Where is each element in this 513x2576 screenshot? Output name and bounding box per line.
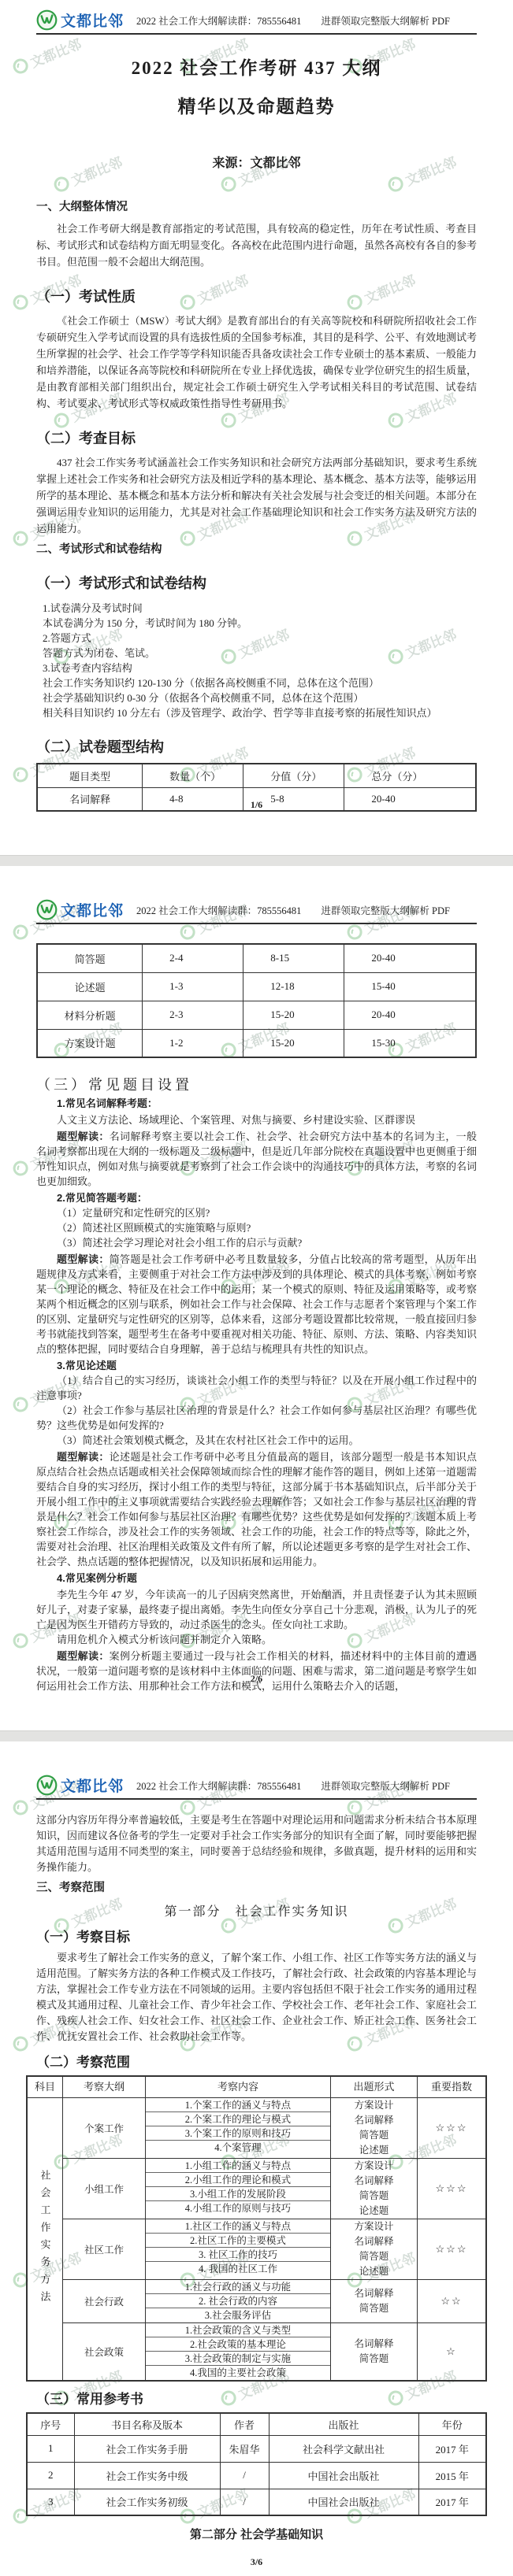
list-item: 答题方式为闭卷、笔试。	[36, 646, 477, 661]
heading-scope-target: （一）考察目标	[36, 1926, 477, 1945]
page-gap	[0, 855, 513, 866]
doc-title-line1: 2022 社会工作考研 437 大纲	[36, 54, 477, 80]
table-cell: 15-20	[243, 1029, 344, 1057]
table-cell: 2017 年	[418, 2489, 486, 2515]
exam-scope-table: 科目 考察大纲 考察内容 出题形式 重要指数 社会工作实务方法 个案工作 1.	[26, 2075, 487, 2382]
importance-rating: ☆☆☆	[418, 2219, 485, 2279]
table-row: 1 社会工作实务手册 朱眉华 社会科学文献出社 2017 年	[27, 2435, 486, 2462]
table-cell: 材料分析题	[37, 1001, 143, 1029]
column-header: 出题形式	[331, 2077, 418, 2097]
short-answer-item: （3）简述社会学习理论对社会小组工作的启示与贡献?	[36, 1235, 477, 1250]
table-cell: 20-40	[344, 1001, 476, 1029]
scope-item: 3.社会服务评估	[146, 2308, 330, 2322]
brand-name: 文都比邻	[61, 1775, 124, 1796]
list-item: 1.试卷满分及考试时间	[36, 601, 477, 616]
table-cell: 方案设计题	[37, 1029, 143, 1057]
importance-rating: ☆☆☆	[418, 2098, 485, 2158]
scope-group-casework: 个案工作 1.个案工作的涵义与特点 2.个案工作的理论与模式 3.个案工作的原则…	[63, 2098, 485, 2159]
case-analysis-analysis: 题型解读：案例分析题主要通过一段与社会工作相关的材料，描述材料中的主体目前的遭遇…	[36, 1649, 477, 1693]
page-3: 文都比邻文都比邻文都比邻文都比邻文都比邻文都比邻文都比邻文都比邻文都比邻文都比邻…	[0, 1741, 513, 2576]
table-header-cell: 分值（分）	[243, 764, 344, 787]
table-cell: 2-3	[143, 1001, 243, 1029]
scope-item: 2.社区工作的主要模式	[146, 2234, 330, 2248]
heading-overview: 一、大纲整体情况	[36, 198, 477, 214]
scope-item: 4.我国的主要社会政策	[146, 2366, 330, 2380]
table-cell: 2015 年	[418, 2462, 486, 2489]
brand-name: 文都比邻	[61, 9, 124, 31]
scope-group-community: 社区工作 1.社区工作的涵义与特点 2.社区工作的主要模式 3. 社区工作的技巧…	[63, 2219, 485, 2280]
list-item: 社会学基础知识约 0-30 分（依据各个高校侧重不同，总体在这个范围）	[36, 690, 477, 705]
scope-group-policy: 社会政策 1.社会政策的含义与类型 2.社会政策的基本理论 3.社会政策的制定与…	[63, 2323, 485, 2380]
paragraph-exam-goal: 437 社会工作实务考试涵盖社会工作实务知识和社会研究方法两部分基础知识，要求考…	[36, 454, 477, 537]
term-question-analysis: 题型解读：名词解释考察主要以社会工作、社会学、社会研究方法中基本的名词为主，一般…	[36, 1129, 477, 1189]
essay-item: （1）结合自己的实习经历，谈谈社会小组工作的类型与特征？以及在开展小组工作过程中…	[36, 1373, 477, 1403]
heading-exam-goal: （二）考查目标	[36, 427, 477, 448]
short-answer-item: （2）简述社区照顾模式的实施策略与原则?	[36, 1220, 477, 1235]
brand-logo: 文都比邻	[36, 899, 124, 920]
subheading-case-analysis: 4.常见案例分析题	[36, 1571, 477, 1586]
scope-item: 1.小组工作的涵义与特点	[146, 2159, 330, 2173]
table-cell: 3	[27, 2489, 74, 2515]
part1-title: 第一部分 社会工作实务知识	[36, 1901, 477, 1919]
list-item: 3.试卷考查内容结构	[36, 661, 477, 675]
table-cell: 8-15	[243, 944, 344, 972]
page-header: 文都比邻 2022 社会工作大纲解读群：785556481 进群领取完整版大纲解…	[36, 899, 477, 924]
list-item: 相关科目知识约 10 分左右（涉及管理学、政治学、哲学等非直接考察的拓展性知识点…	[36, 705, 477, 720]
subheading-short-answer: 2.常见简答题考题：	[36, 1190, 477, 1205]
page-number: 1/6	[0, 799, 513, 811]
table-header-cell: 书目名称及版本	[74, 2413, 220, 2435]
scope-item: 1.个案工作的涵义与特点	[146, 2098, 330, 2112]
scope-subject-cell: 社会工作实务方法	[28, 2098, 63, 2380]
scope-item: 3.个案工作的原则和技巧	[146, 2126, 330, 2141]
table-row: 2 社会工作实务中级 / 中国社会出版社 2015 年	[27, 2462, 486, 2489]
format-detail-list: 1.试卷满分及考试时间 本试卷满分为 150 分，考试时间为 180 分钟。 2…	[36, 601, 477, 720]
table-cell: 2017 年	[418, 2435, 486, 2462]
scope-item: 1.社会行政的涵义与功能	[146, 2280, 330, 2294]
table-cell: 社会工作实务初级	[74, 2489, 220, 2515]
table-cell: 1	[27, 2435, 74, 2462]
scope-forms: 名词解释 简答题	[331, 2323, 418, 2380]
scope-item: 2. 社会行政的内容	[146, 2294, 330, 2308]
table-header-cell: 序号	[27, 2413, 74, 2435]
heading-exam-scope: 三、考察范围	[36, 1878, 477, 1895]
table-row: 方案设计题 1-2 15-20 15-30	[37, 1029, 476, 1057]
table-cell: 简答题	[37, 944, 143, 972]
paragraph-case-summary: 这部分内容历年得分率普遍较低，主要是考生在答题中对理论运用和问题需求分析未结合书…	[36, 1812, 477, 1875]
header-info-text: 2022 社会工作大纲解读群：785556481 进群领取完整版大纲解析 PDF	[136, 13, 450, 31]
paragraph-scope-target: 要求考生了解社会工作实务的意义，了解个案工作、小组工作、社区工作等实务方法的涵义…	[36, 1950, 477, 2045]
table-row: 3 社会工作实务初级 / 中国社会出版社 2017 年	[27, 2489, 486, 2515]
table-cell: 20-40	[344, 944, 476, 972]
page-number: 2/6	[0, 1673, 513, 1685]
table-cell: /	[220, 2489, 269, 2515]
column-header: 重要指数	[418, 2077, 485, 2097]
column-header: 考察内容	[146, 2077, 331, 2097]
scope-item: 1.社区工作的涵义与特点	[146, 2219, 330, 2234]
short-answer-analysis: 题型解读：简答题是社会工作考研中必考且数量较多，分值占比较高的常考题型，从历年出…	[36, 1252, 477, 1356]
scope-forms: 方案设计 名词解释 简答题 论述题	[331, 2219, 418, 2279]
list-item: 2.答题方式	[36, 631, 477, 646]
brand-logo-icon	[36, 899, 58, 920]
brand-logo-icon	[36, 1775, 58, 1796]
scope-forms: 方案设计 名词解释 简答题 论述题	[331, 2159, 418, 2219]
analysis-label: 题型解读：	[57, 1650, 110, 1662]
brand-logo: 文都比邻	[36, 1775, 124, 1796]
brand-name: 文都比邻	[61, 899, 124, 920]
doc-source: 来源：文都比邻	[36, 153, 477, 171]
table-header-cell: 作者	[220, 2413, 269, 2435]
table-cell: 朱眉华	[220, 2435, 269, 2462]
case-analysis-question: 请用危机介入模式分析该问题并制定介入策略。	[36, 1632, 477, 1647]
subheading-term-questions: 1.常见名词解释考题：	[36, 1096, 477, 1111]
paragraph-overview: 社会工作考研大纲是教育部指定的考试范围，具有较高的稳定性，历年在考试性质、考查目…	[36, 220, 477, 270]
table-cell: 15-40	[344, 972, 476, 1001]
table-cell: 15-20	[243, 1001, 344, 1029]
paragraph-exam-nature: 《社会工作硕士（MSW）考试大纲》是教育部出台的有关高等院校和科研院所招收社会工…	[36, 313, 477, 412]
page-header: 文都比邻 2022 社会工作大纲解读群：785556481 进群领取完整版大纲解…	[36, 9, 477, 35]
table-cell: 社会工作实务手册	[74, 2435, 220, 2462]
page-1: 文都比邻文都比邻文都比邻文都比邻文都比邻文都比邻文都比邻文都比邻文都比邻文都比邻…	[0, 0, 513, 855]
scope-item: 2.小组工作的理论和模式	[146, 2173, 330, 2187]
importance-rating: ☆☆	[418, 2280, 485, 2322]
scope-item: 3.社会政策的制定与实施	[146, 2352, 330, 2366]
table-row: 材料分析题 2-3 15-20 20-40	[37, 1001, 476, 1029]
table-cell: 1-2	[143, 1029, 243, 1057]
heading-exam-nature: （一）考试性质	[36, 286, 477, 306]
analysis-label: 题型解读：	[57, 1131, 110, 1142]
header-info-text: 2022 社会工作大纲解读群：785556481 进群领取完整版大纲解析 PDF	[136, 1778, 450, 1796]
table-header-row: 序号 书目名称及版本 作者 出版社 年份	[27, 2413, 486, 2435]
column-header: 考察大纲	[63, 2077, 146, 2097]
heading-reference-books: （三）常用参考书	[36, 2388, 477, 2408]
part2-title: 第二部分 社会学基础知识	[36, 2526, 477, 2542]
essay-item: （2）社会工作参与基层社区治理的背景是什么？社会工作如何参与基层社区治理？有哪些…	[36, 1403, 477, 1433]
table-cell: 论述题	[37, 972, 143, 1001]
analysis-label: 题型解读：	[57, 1253, 110, 1265]
scope-item: 2.社会政策的基本理论	[146, 2337, 330, 2352]
scope-item: 1.社会政策的含义与类型	[146, 2323, 330, 2337]
page-gap	[0, 1730, 513, 1741]
question-type-table-continued: 简答题 2-4 8-15 20-40 论述题 1-3 12-18 15-40 材…	[36, 943, 477, 1058]
table-row: 论述题 1-3 12-18 15-40	[37, 972, 476, 1001]
heading-exam-format: 二、考试形式和试卷结构	[36, 540, 477, 557]
doc-title-line2: 精华以及命题趋势	[36, 92, 477, 118]
table-cell: /	[220, 2462, 269, 2489]
table-cell: 2	[27, 2462, 74, 2489]
term-question-examples: 人文主义方法论、场域理论、个案管理、对焦与摘要、乡村建设实验、区群谬误	[36, 1112, 477, 1127]
page-header: 文都比邻 2022 社会工作大纲解读群：785556481 进群领取完整版大纲解…	[36, 1775, 477, 1800]
table-header-cell: 题目类型	[37, 764, 143, 787]
table-cell: 12-18	[243, 972, 344, 1001]
document: 文都比邻文都比邻文都比邻文都比邻文都比邻文都比邻文都比邻文都比邻文都比邻文都比邻…	[0, 0, 513, 2576]
table-cell: 中国社会出版社	[269, 2462, 418, 2489]
scope-item: 4.个案管理	[146, 2141, 330, 2155]
heading-common-questions: （三）常见题目设置	[36, 1074, 477, 1094]
heading-format-structure: （一）考试形式和试卷结构	[36, 572, 477, 593]
scope-forms: 方案设计 名词解释 简答题 论述题	[331, 2098, 418, 2158]
scope-table-header: 科目 考察大纲 考察内容 出题形式 重要指数	[28, 2077, 485, 2098]
table-header-cell: 总分（分）	[344, 764, 476, 787]
importance-rating: ☆	[418, 2323, 485, 2380]
table-header-cell: 数量（个）	[143, 764, 243, 787]
table-header-cell: 出版社	[269, 2413, 418, 2435]
table-row: 简答题 2-4 8-15 20-40	[37, 944, 476, 972]
essay-analysis: 题型解读：论述题是社会工作考研中必考且分值最高的题目，该部分题型一般是书本知识点…	[36, 1449, 477, 1569]
list-item: 社会工作实务知识约 120-130 分（依据各高校侧重不同，总体在这个范围）	[36, 675, 477, 690]
subheading-essay: 3.常见论述题	[36, 1358, 477, 1373]
brand-logo: 文都比邻	[36, 9, 124, 31]
table-header-row: 题目类型 数量（个） 分值（分） 总分（分）	[37, 764, 476, 787]
case-analysis-text: 李先生今年 47 岁，今年读高一的儿子因病突然离世，开始酗酒，并且责怪妻子认为其…	[36, 1587, 477, 1632]
table-header-cell: 年份	[418, 2413, 486, 2435]
scope-forms: 名词解释 简答题	[331, 2280, 418, 2322]
scope-group-admin: 社会行政 1.社会行政的涵义与功能 2. 社会行政的内容 3.社会服务评估 名词…	[63, 2280, 485, 2323]
scope-item: 2.个案工作的理论与模式	[146, 2112, 330, 2126]
table-cell: 2-4	[143, 944, 243, 972]
table-cell: 中国社会出版社	[269, 2489, 418, 2515]
brand-logo-icon	[36, 9, 58, 31]
table-cell: 1-3	[143, 972, 243, 1001]
reference-books-table: 序号 书目名称及版本 作者 出版社 年份 1 社会工作实务手册 朱眉华 社会科学…	[26, 2412, 487, 2516]
scope-group-groupwork: 小组工作 1.小组工作的涵义与特点 2.小组工作的理论和模式 3.小组工作的发展…	[63, 2159, 485, 2219]
page-number: 3/6	[0, 2556, 513, 2568]
short-answer-item: （1）定量研究和定性研究的区别?	[36, 1205, 477, 1220]
list-item: 本试卷满分为 150 分，考试时间为 180 分钟。	[36, 616, 477, 631]
analysis-label: 题型解读：	[57, 1451, 110, 1463]
header-info-text: 2022 社会工作大纲解读群：785556481 进群领取完整版大纲解析 PDF	[136, 903, 450, 920]
essay-item: （3）简述社会策划模式概念，及其在农村社区社会工作中的运用。	[36, 1433, 477, 1448]
heading-scope-range: （二）考察范围	[36, 2051, 477, 2071]
table-cell: 社会科学文献出社	[269, 2435, 418, 2462]
scope-item: 3. 社区工作的技巧	[146, 2248, 330, 2262]
scope-item: 3.小组工作的发展阶段	[146, 2187, 330, 2201]
scope-item: 4. 我国的社区工作	[146, 2262, 330, 2276]
column-header: 科目	[28, 2077, 63, 2097]
heading-question-types: （二）试卷题型结构	[36, 736, 477, 757]
table-cell: 社会工作实务中级	[74, 2462, 220, 2489]
importance-rating: ☆☆☆	[418, 2159, 485, 2219]
table-cell: 15-30	[344, 1029, 476, 1057]
page-2: 文都比邻文都比邻文都比邻文都比邻文都比邻文都比邻文都比邻文都比邻文都比邻文都比邻…	[0, 866, 513, 1730]
scope-item: 4.小组工作的原则与技巧	[146, 2201, 330, 2215]
